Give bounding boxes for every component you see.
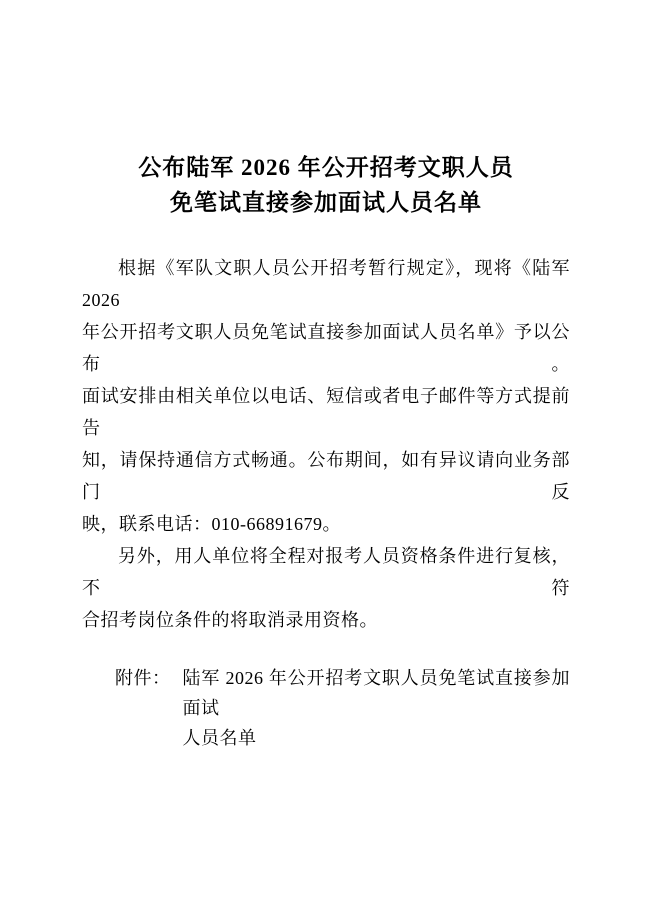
paragraph-line: 映，联系电话：010-66891679。 [82,508,570,540]
paragraph-line: 根据《军队文职人员公开招考暂行规定》，现将《陆军 2026 [82,252,570,316]
attachment-label: 附件： [115,663,183,753]
paragraph-2: 另外，用人单位将全程对报考人员资格条件进行复核，不符 合招考岗位条件的将取消录用… [82,540,570,636]
paragraph-line: 知，请保持通信方式畅通。公布期间，如有异议请向业务部门反 [82,444,570,508]
attachment-line: 陆军 2026 年公开招考文职人员免笔试直接参加面试 [183,663,571,723]
paragraph-line: 另外，用人单位将全程对报考人员资格条件进行复核，不符 [82,540,570,604]
document-title-line-1: 公布陆军 2026 年公开招考文职人员 [82,150,570,185]
paragraph-line: 年公开招考文职人员免笔试直接参加面试人员名单》予以公布。 [82,316,570,380]
document-page: 公布陆军 2026 年公开招考文职人员 免笔试直接参加面试人员名单 根据《军队文… [0,0,650,919]
paragraph-1: 根据《军队文职人员公开招考暂行规定》，现将《陆军 2026 年公开招考文职人员免… [82,252,570,540]
document-content: 公布陆军 2026 年公开招考文职人员 免笔试直接参加面试人员名单 根据《军队文… [82,150,570,753]
document-body: 根据《军队文职人员公开招考暂行规定》，现将《陆军 2026 年公开招考文职人员免… [82,252,570,636]
attachment-title: 陆军 2026 年公开招考文职人员免笔试直接参加面试 人员名单 [183,663,571,753]
document-title-line-2: 免笔试直接参加面试人员名单 [82,185,570,220]
paragraph-line: 合招考岗位条件的将取消录用资格。 [82,604,570,636]
paragraph-line: 面试安排由相关单位以电话、短信或者电子邮件等方式提前告 [82,380,570,444]
attachment-note: 附件： 陆军 2026 年公开招考文职人员免笔试直接参加面试 人员名单 [82,663,570,753]
attachment-line: 人员名单 [183,723,571,753]
document-title: 公布陆军 2026 年公开招考文职人员 免笔试直接参加面试人员名单 [82,150,570,220]
